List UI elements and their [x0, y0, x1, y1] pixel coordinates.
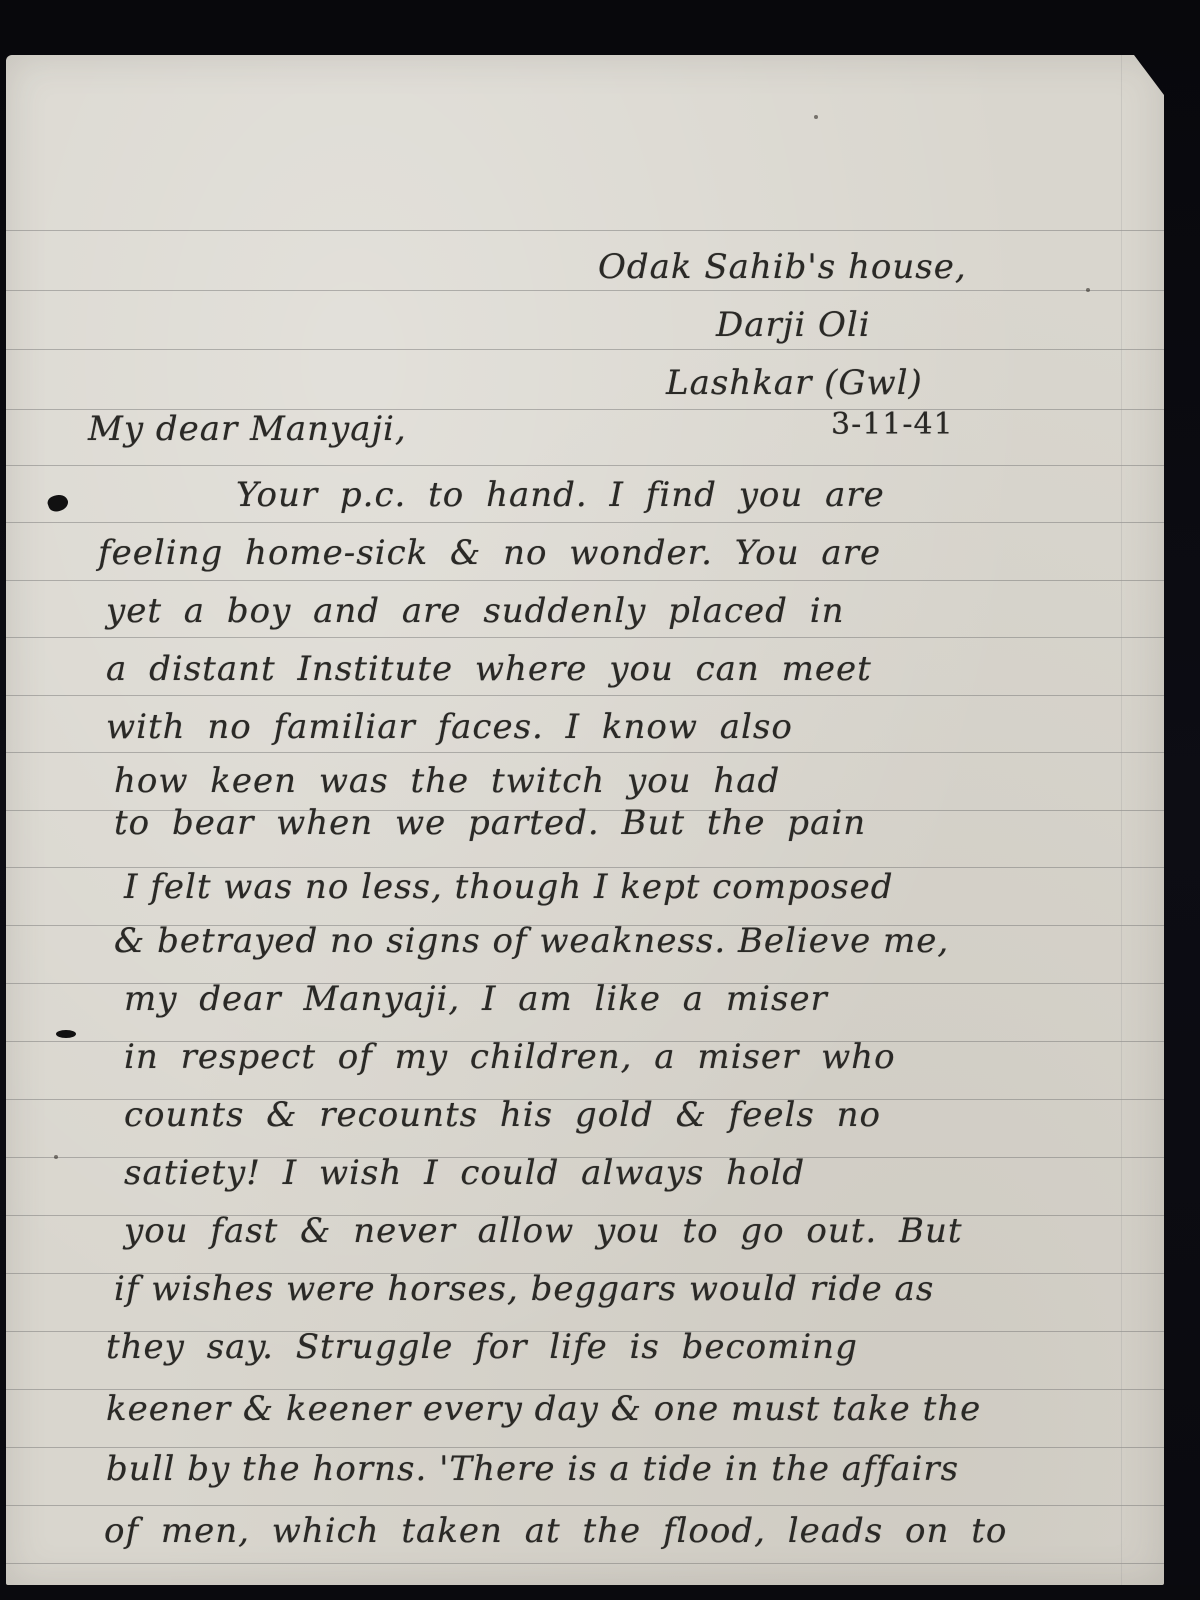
body-line: yet a boy and are suddenly placed in [106, 591, 845, 631]
body-line: I felt was no less, though I kept compos… [124, 867, 894, 907]
ruled-line [6, 1505, 1164, 1506]
letter-date: 3-11-41 [831, 407, 954, 442]
body-line: counts & recounts his gold & feels no [124, 1095, 881, 1135]
punch-hole [46, 492, 70, 514]
paper-speck [814, 115, 818, 119]
body-line: they say. Struggle for life is becoming [106, 1327, 858, 1367]
body-line: in respect of my children, a miser who [124, 1037, 896, 1077]
photo-scene: Odak Sahib's house, Darji Oli Lashkar (G… [0, 0, 1200, 1600]
body-line: & betrayed no signs of weakness. Believe… [114, 921, 949, 961]
salutation: My dear Manyaji, [88, 409, 407, 449]
body-line: how keen was the twitch you had [114, 761, 780, 801]
ruled-line [6, 580, 1164, 581]
punch-hole [56, 1030, 76, 1038]
ruled-line [6, 1563, 1164, 1564]
ruled-line [6, 230, 1164, 231]
ruled-line [6, 695, 1164, 696]
letter-page: Odak Sahib's house, Darji Oli Lashkar (G… [6, 55, 1164, 1585]
body-line: you fast & never allow you to go out. Bu… [124, 1211, 963, 1251]
ruled-line [6, 465, 1164, 466]
body-line: if wishes were horses, beggars would rid… [114, 1269, 934, 1309]
body-line: Your p.c. to hand. I find you are [236, 475, 885, 515]
body-line: of men, which taken at the flood, leads … [104, 1511, 1007, 1551]
address-line-2: Darji Oli [716, 305, 871, 345]
ruled-line [6, 290, 1164, 291]
ruled-line [6, 1447, 1164, 1448]
ruled-line [6, 752, 1164, 753]
body-line: bull by the horns. 'There is a tide in t… [106, 1449, 959, 1489]
paper-speck [1086, 288, 1090, 292]
body-line: feeling home-sick & no wonder. You are [98, 533, 881, 573]
paper-fold [1121, 55, 1122, 1585]
ruled-line [6, 637, 1164, 638]
ruled-line [6, 349, 1164, 350]
address-line-3: Lashkar (Gwl) [666, 363, 923, 403]
body-line: a distant Institute where you can meet [106, 649, 872, 689]
body-line: with no familiar faces. I know also [106, 707, 793, 747]
background-strip [0, 1585, 1200, 1600]
address-line-1: Odak Sahib's house, [598, 247, 967, 287]
body-line: my dear Manyaji, I am like a miser [124, 979, 828, 1019]
body-line: to bear when we parted. But the pain [114, 803, 866, 843]
body-line: satiety! I wish I could always hold [124, 1153, 805, 1193]
ruled-line [6, 522, 1164, 523]
body-line: keener & keener every day & one must tak… [106, 1389, 981, 1429]
paper-speck [54, 1155, 58, 1159]
